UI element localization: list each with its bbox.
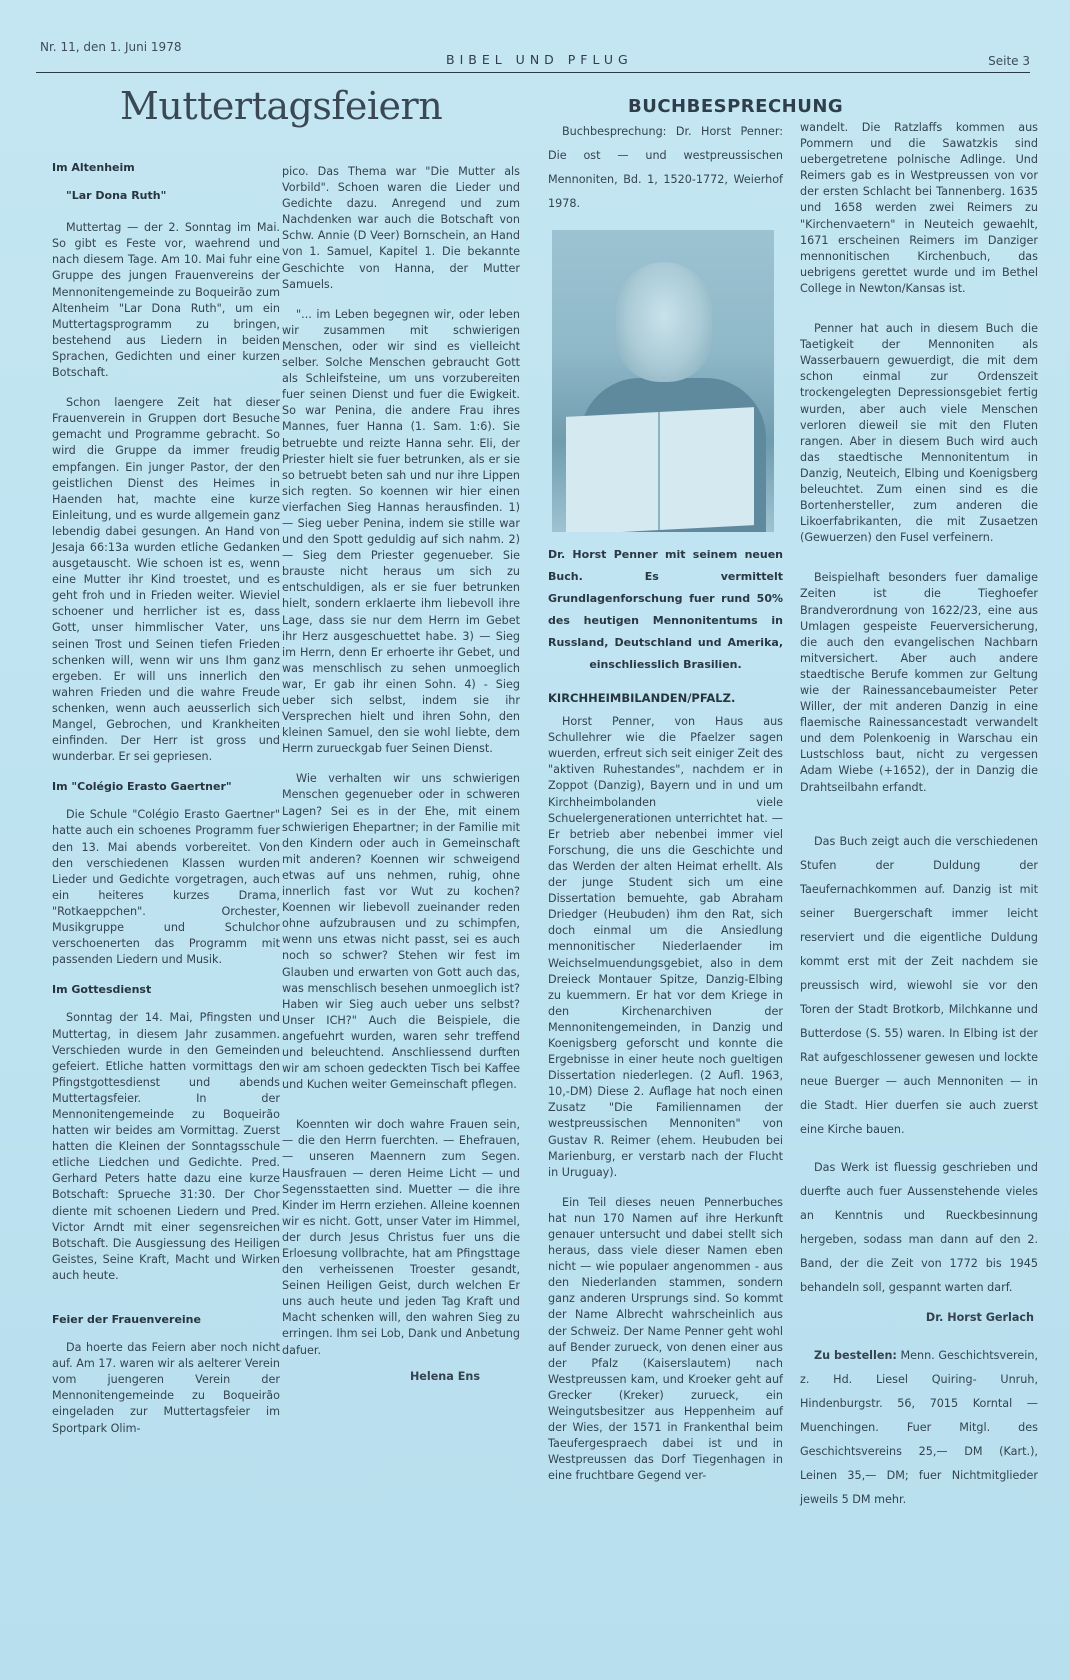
dateline: KIRCHHEIMBILANDEN/PFALZ.	[548, 690, 783, 706]
paragraph: Wie verhalten wir uns schwierigen Mensch…	[282, 771, 520, 1093]
column-3: Buchbesprechung: Dr. Horst Penner: Die o…	[548, 120, 783, 1499]
book-citation: Buchbesprechung: Dr. Horst Penner: Die o…	[548, 120, 783, 216]
publication-name: BIBEL UND PFLUG	[446, 52, 633, 67]
paragraph: Schon laengere Zeit hat dieser Frauenver…	[52, 395, 280, 765]
paragraph: Beispielhaft besonders fuer damalige Zei…	[800, 570, 1038, 795]
order-label: Zu bestellen:	[814, 1349, 897, 1362]
paragraph: Horst Penner, von Haus aus Schullehrer w…	[548, 714, 783, 1181]
column-4: wandelt. Die Ratzlaffs kommen aus Pommer…	[800, 120, 1038, 1526]
article-title-buchbesprechung: BUCHBESPRECHUNG	[628, 96, 843, 117]
section-heading: Im "Colégio Erasto Gaertner"	[52, 779, 280, 795]
masthead-rule	[36, 72, 1030, 73]
paragraph: Ein Teil dieses neuen Pennerbuches hat n…	[548, 1195, 783, 1485]
paragraph: wandelt. Die Ratzlaffs kommen aus Pommer…	[800, 120, 1038, 297]
paragraph: Sonntag der 14. Mai, Pfingsten und Mutte…	[52, 1010, 280, 1284]
issue-date: Nr. 11, den 1. Juni 1978	[40, 40, 181, 54]
paragraph: Das Werk ist fluessig geschrieben und du…	[800, 1156, 1038, 1300]
section-heading: Im Gottesdienst	[52, 982, 280, 998]
column-2: pico. Das Thema war "Die Mutter als Vorb…	[282, 164, 520, 1385]
photo-caption: Dr. Horst Penner mit seinem neuen Buch. …	[548, 544, 783, 676]
photo-book	[566, 407, 754, 532]
author-signature: Dr. Horst Gerlach	[800, 1310, 1038, 1326]
newspaper-page: Nr. 11, den 1. Juni 1978 BIBEL UND PFLUG…	[0, 0, 1070, 1680]
order-text: Menn. Geschichtsverein, z. Hd. Liesel Qu…	[800, 1349, 1038, 1506]
order-info: Zu bestellen: Menn. Geschichtsverein, z.…	[800, 1344, 1038, 1512]
paragraph: Das Buch zeigt auch die verschiedenen St…	[800, 830, 1038, 1142]
page-number: Seite 3	[988, 54, 1030, 68]
paragraph: "... im Leben begegnen wir, oder leben w…	[282, 307, 520, 758]
author-photo	[552, 230, 774, 532]
paragraph: Penner hat auch in diesem Buch die Taeti…	[800, 321, 1038, 546]
section-subheading: "Lar Dona Ruth"	[66, 188, 280, 204]
section-heading: Feier der Frauenvereine	[52, 1312, 280, 1328]
author-signature: Helena Ens	[282, 1369, 520, 1385]
article-title-muttertagsfeiern: Muttertagsfeiern	[120, 84, 442, 128]
column-1: Im Altenheim "Lar Dona Ruth" Muttertag —…	[52, 160, 280, 1451]
photo-face	[616, 262, 712, 382]
paragraph: Die Schule "Colégio Erasto Gaertner" hat…	[52, 807, 280, 968]
paragraph: Muttertag — der 2. Sonntag im Mai. So gi…	[52, 220, 280, 381]
masthead: Nr. 11, den 1. Juni 1978 BIBEL UND PFLUG…	[36, 38, 1030, 72]
paragraph: Koennten wir doch wahre Frauen sein, — d…	[282, 1117, 520, 1358]
paragraph: pico. Das Thema war "Die Mutter als Vorb…	[282, 164, 520, 293]
section-heading: Im Altenheim	[52, 160, 280, 176]
paragraph: Da hoerte das Feiern aber noch nicht auf…	[52, 1340, 280, 1437]
